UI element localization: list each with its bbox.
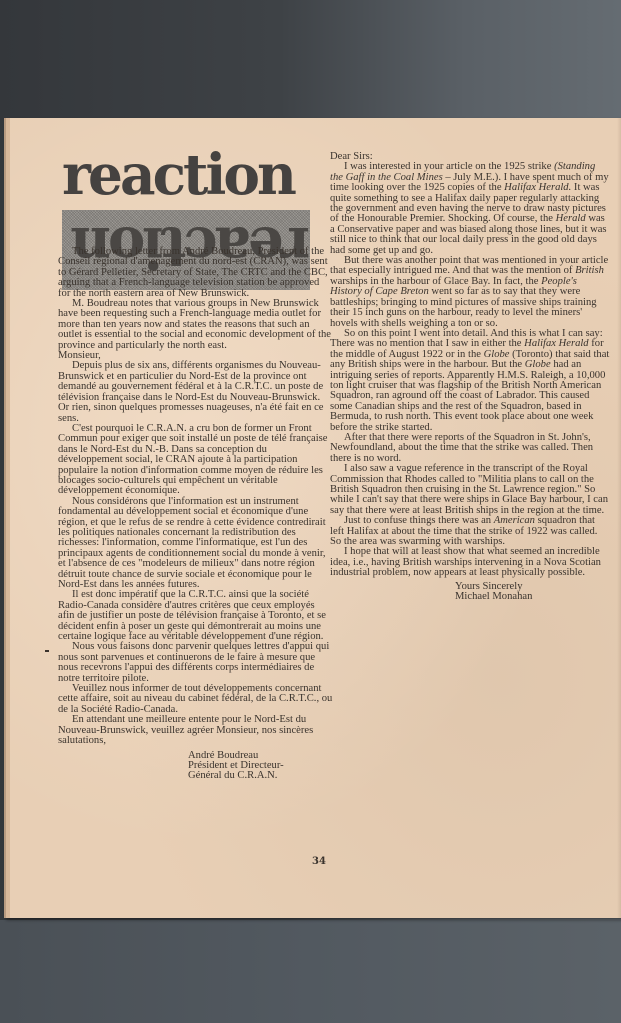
left-column-letter: The following letter from André Boudreau… [58,247,333,782]
letter-paragraph: After that there were reports of the Squ… [330,433,610,464]
masthead-title: reaction [62,152,307,200]
letter-paragraph: C'est pourquoi le C.R.A.N. a cru bon de … [58,424,333,497]
letter-paragraph: I also saw a vague reference in the tran… [330,464,610,516]
letter-paragraph: But there was another point that was men… [330,256,610,329]
letter-paragraph: Veuillez nous informer de tout développe… [58,684,333,715]
intro-paragraph: M. Boudreau notes that various groups in… [58,299,333,351]
letter-paragraph: I hope that will at least show that what… [330,547,610,578]
letter-paragraph: Depuis plus de six ans, différents organ… [58,361,333,423]
letter-paragraph: En attendant une meilleure entente pour … [58,715,333,746]
letter-paragraph: Nous vous faisons donc parvenir quelques… [58,642,333,684]
letter-paragraph: Just to confuse things there was an Amer… [330,516,610,547]
letter-paragraph: Nous considérons que l'information est u… [58,497,333,591]
page-edge-shadow [617,118,621,918]
letter-signature: André Boudreau Président et Directeur- G… [58,751,333,782]
letter-paragraph: I was interested in your article on the … [330,162,610,256]
signature-name: Michael Monahan [455,592,610,602]
letter-paragraph: Il est donc impératif que la C.R.T.C. ai… [58,590,333,642]
page-number: 34 [312,856,326,867]
scanner-background [0,920,621,1023]
letter-paragraph: So on this point I went into detail. And… [330,329,610,433]
intro-paragraph: The following letter from André Boudreau… [58,247,333,299]
signature-title: Général du C.R.A.N. [188,771,333,781]
print-mark [45,650,49,652]
right-column-letter: Dear Sirs: I was interested in your arti… [330,152,610,602]
letter-signature: Yours Sincerely Michael Monahan [330,582,610,603]
